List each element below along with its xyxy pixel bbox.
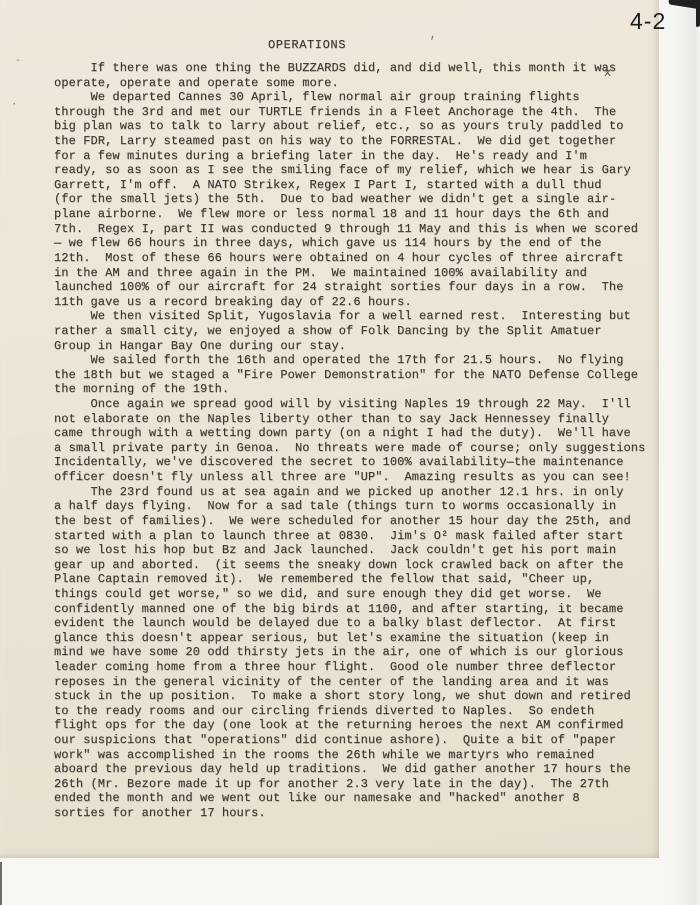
typed-line: ready, so as soon as I see the smiling f…: [54, 163, 654, 178]
typed-line: sorties for another 17 hours.: [54, 806, 654, 821]
stray-typed-x-mark: x: [604, 67, 611, 79]
typed-line: big plan was to talk to larry about reli…: [54, 119, 654, 134]
typed-line: We departed Cannes 30 April, flew normal…: [54, 90, 654, 105]
typed-line: Plane Captain removed it). We remembered…: [54, 572, 654, 587]
document-body: If there was one thing the BUZZARDS did,…: [54, 61, 654, 821]
typed-line: the 18th but we staged a "Fire Power Dem…: [54, 368, 654, 383]
typed-line: The 23rd found us at sea again and we pi…: [54, 485, 654, 500]
typed-line: 11th gave us a record breaking day of 22…: [54, 295, 654, 310]
typed-line: We sailed forth the 16th and operated th…: [54, 353, 654, 368]
typed-line: plane airborne. We flew more or less nor…: [54, 207, 654, 222]
typed-line: leader coming home from a three hour fli…: [54, 660, 654, 675]
typed-line: started with a plan to launch three at 0…: [54, 529, 654, 544]
typed-line: things could get worse," so we did, and …: [54, 587, 654, 602]
typed-line: We then visited Split, Yugoslavia for a …: [54, 309, 654, 324]
typed-line: Incidentally, we've discovered the secre…: [54, 455, 654, 470]
typed-line: 7th. Regex I, part II was conducted 9 th…: [54, 222, 654, 237]
typed-line: our suspicions that "operations" did con…: [54, 733, 654, 748]
page-number: 4-2: [630, 8, 666, 35]
paper-page: OPERATIONS If there was one thing the BU…: [0, 0, 659, 858]
scan-edge-line: [0, 862, 2, 905]
typed-line: (for the small jets) the 5th. Due to bad…: [54, 192, 654, 207]
typed-line: launched 100% of our aircraft for 24 str…: [54, 280, 654, 295]
typed-line: operate, operate and operate some more.: [54, 76, 654, 91]
typed-line: the FDR, Larry steamed past on his way t…: [54, 134, 654, 149]
typed-line: officer doesn't fly unless all three are…: [54, 470, 654, 485]
scanned-document: OPERATIONS If there was one thing the BU…: [0, 0, 700, 905]
typed-line: a half days flying. Now for a sad tale (…: [54, 499, 654, 514]
document-title: OPERATIONS: [268, 38, 346, 52]
typed-line: the morning of the 19th.: [54, 382, 654, 397]
typed-line: Group in Hangar Bay One during our stay.: [54, 339, 654, 354]
typed-line: evident the launch would be delayed due …: [54, 616, 654, 631]
typed-line: If there was one thing the BUZZARDS did,…: [54, 61, 654, 76]
typed-line: through the 3rd and met our TURTLE frien…: [54, 105, 654, 120]
typed-line: came through with a wetting down party (…: [54, 426, 654, 441]
typed-line: work" was accomplished in the rooms the …: [54, 748, 654, 763]
typed-line: Once again we spread good will by visiti…: [54, 397, 654, 412]
typed-line: so we lost his hop but Bz and Jack launc…: [54, 543, 654, 558]
typed-line: in the AM and three again in the PM. We …: [54, 266, 654, 281]
typed-line: aboard the previous day held up traditio…: [54, 762, 654, 777]
typed-line: 26th (Mr. Bezore made it up for another …: [54, 777, 654, 792]
typed-line: to the ready rooms and our circling frie…: [54, 704, 654, 719]
scan-corner-shadow-side: [696, 0, 700, 27]
typed-line: stuck in the up position. To make a shor…: [54, 689, 654, 704]
typed-line: ended the month and we went out like our…: [54, 791, 654, 806]
typed-line: 12th. Most of these 66 hours were obtain…: [54, 251, 654, 266]
margin-speck-dot: ·: [11, 99, 18, 111]
typed-line: rather a small city, we enjoyed a show o…: [54, 324, 654, 339]
margin-speck-dash: -: [15, 56, 21, 68]
typed-line: glance this doesn't appear serious, but …: [54, 631, 654, 646]
typed-line: a small private party in Genoa. No threa…: [54, 441, 654, 456]
typed-line: flight ops for the day (one look at the …: [54, 718, 654, 733]
typed-line: confidently manned one of the big birds …: [54, 602, 654, 617]
typed-line: the best of families). We were scheduled…: [54, 514, 654, 529]
typed-line: reposes in the general vicinity of the c…: [54, 675, 654, 690]
stray-pen-tick: ′: [425, 35, 436, 49]
typed-line: Garrett, I'm off. A NATO Strikex, Regex …: [54, 178, 654, 193]
typed-line: gear up and aborted. (it seems the sneak…: [54, 558, 654, 573]
typed-line: mind we have some 20 odd thirsty jets in…: [54, 645, 654, 660]
typed-line: for a few minutes during a briefing late…: [54, 149, 654, 164]
typed-line: — we flew 66 hours in three days, which …: [54, 236, 654, 251]
typed-line: not elaborate on the Naples liberty othe…: [54, 412, 654, 427]
